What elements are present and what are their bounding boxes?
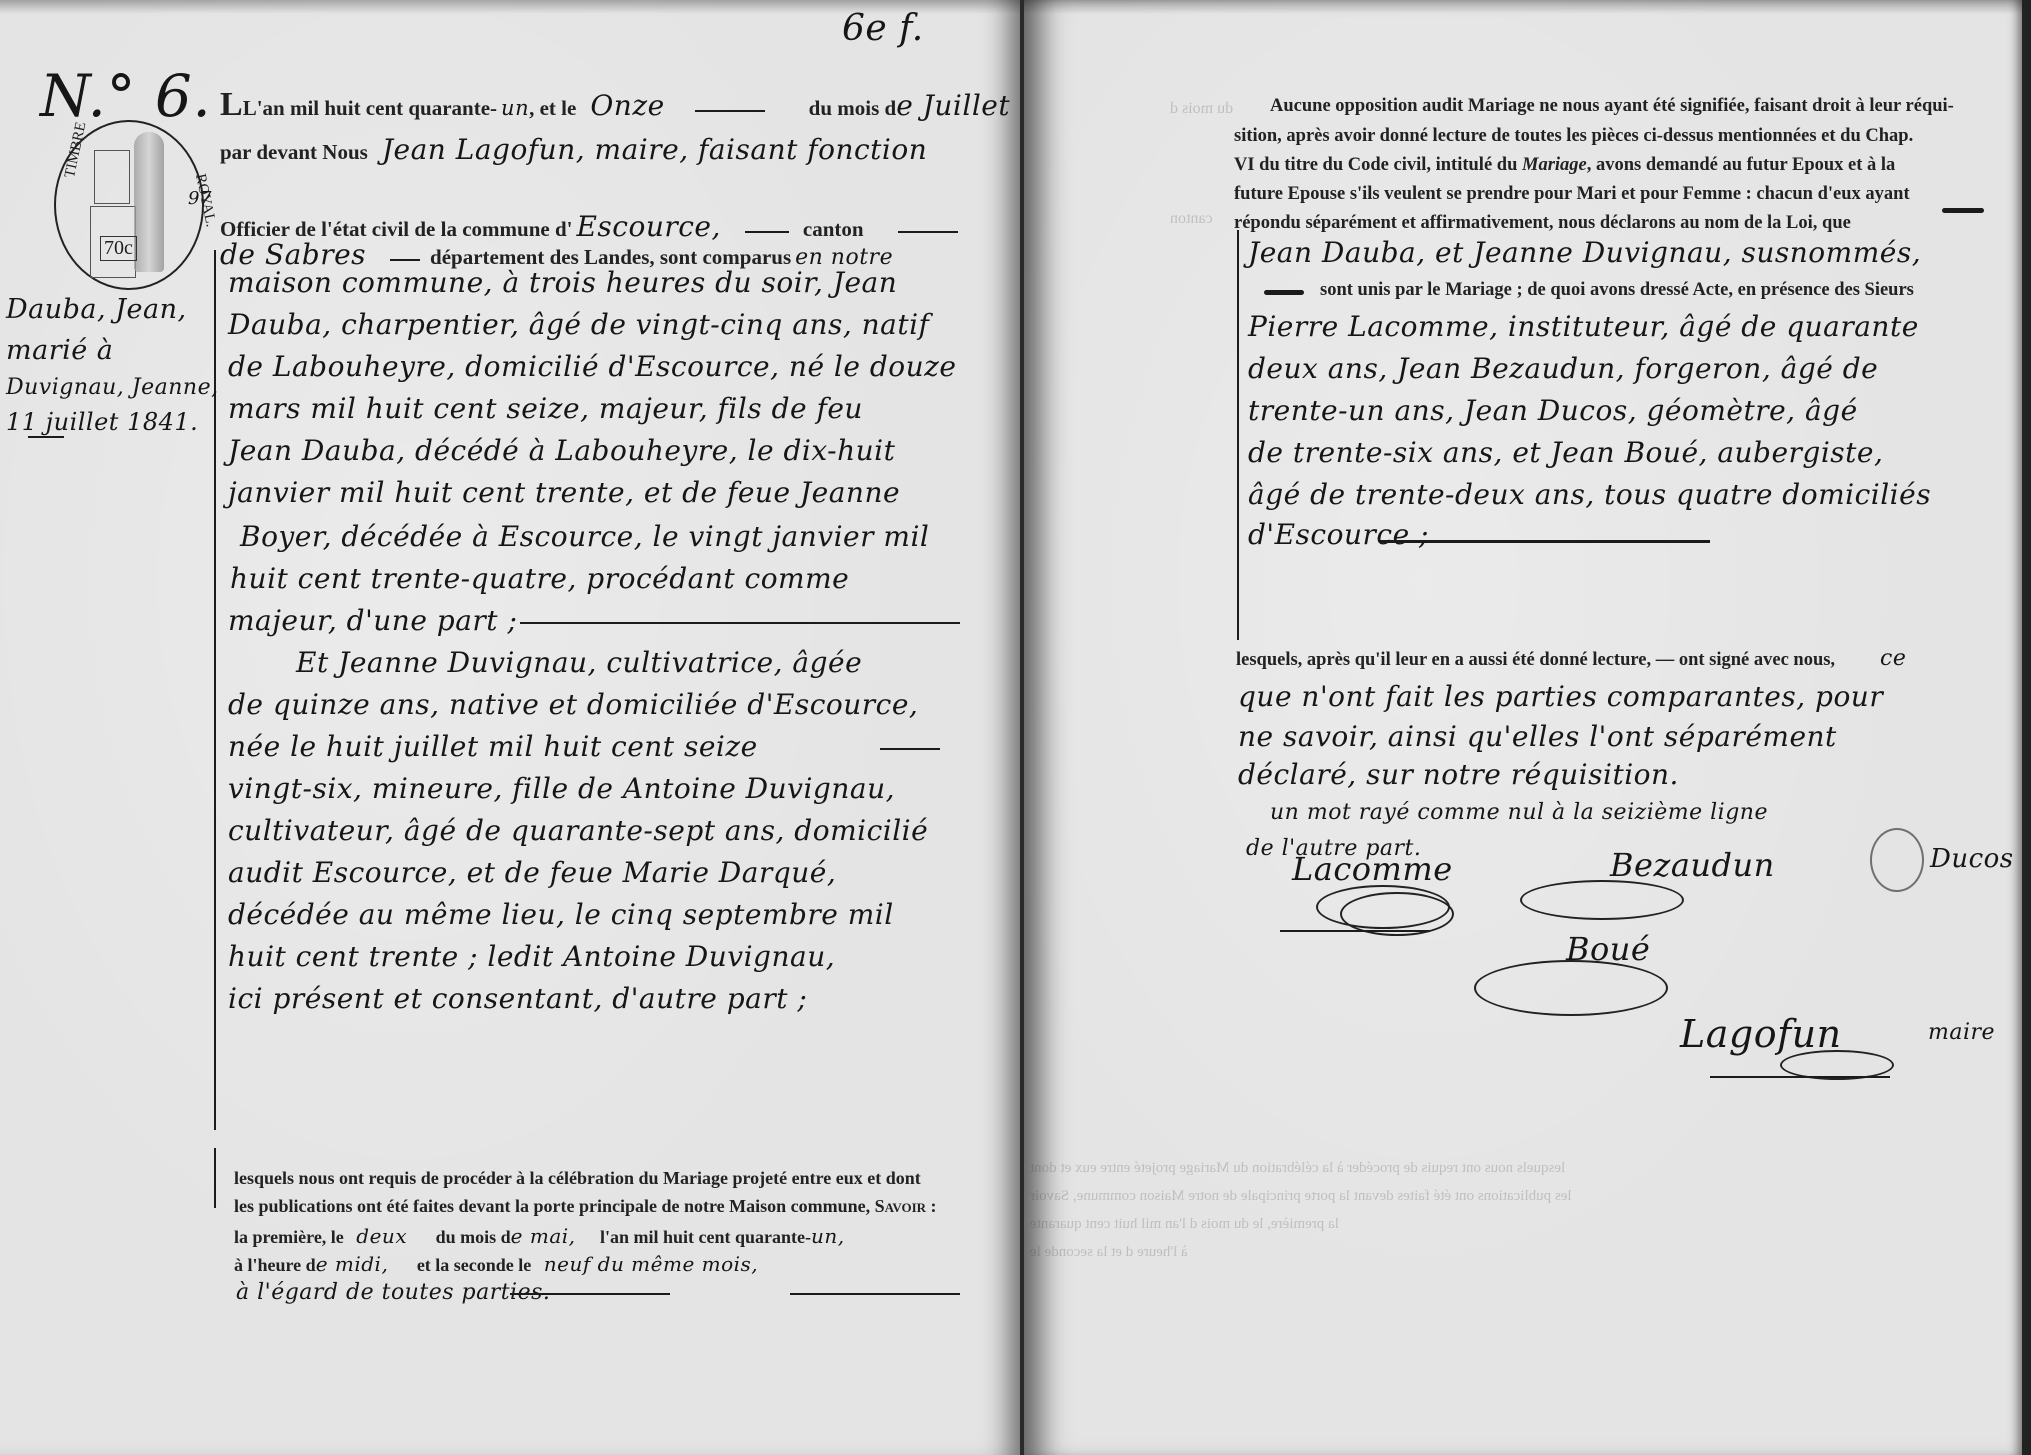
signed-hand-line: ne savoir, ainsi qu'elles l'ont séparéme… xyxy=(1238,720,1837,753)
margin-note-line: Dauba, Jean, xyxy=(6,294,187,325)
year-suffix: un xyxy=(501,96,529,120)
publications-line: à l'égard de toutes parties. xyxy=(236,1280,550,1305)
dropcap: L xyxy=(220,86,243,123)
margin-note-line: marié à xyxy=(6,335,113,366)
body-line: Et Jeanne Duvignau, cultivatrice, âgée xyxy=(296,646,862,679)
witness-line: deux ans, Jean Bezaudun, forgeron, âgé d… xyxy=(1248,352,1878,385)
witness-line: trente-un ans, Jean Ducos, géomètre, âgé xyxy=(1248,394,1858,427)
united-line: sont unis par le Mariage ; de quoi avons… xyxy=(1320,280,1914,301)
mayor-title: maire xyxy=(1928,1020,1995,1045)
publications-line: lesquels nous ont requis de procéder à l… xyxy=(234,1168,921,1189)
fill-rule xyxy=(390,259,420,261)
bleed-through-text: la première, le du mois d l'an mil huit … xyxy=(1030,1216,1339,1233)
signed-line: lesquels, après qu'il leur en a aussi ét… xyxy=(1236,650,1835,671)
month-value: e Juillet xyxy=(896,89,1010,122)
signature-lacomme: Lacomme xyxy=(1292,850,1453,888)
margin-note-line: 11 juillet 1841. xyxy=(6,408,198,436)
body-line: Boyer, décédée à Escource, le vingt janv… xyxy=(240,520,929,553)
annotation-line: un mot rayé comme nul à la seizième lign… xyxy=(1270,800,1768,825)
publications-line: les publications ont été faites devant l… xyxy=(234,1196,937,1217)
bleed-through-text: canton xyxy=(1170,210,1213,228)
fill-rule xyxy=(1264,290,1304,295)
body-line: Dauba, charpentier, âgé de vingt-cinq an… xyxy=(228,308,929,341)
witness-line: d'Escource ; xyxy=(1248,518,1429,551)
signature-ducos: Ducos xyxy=(1930,844,2014,874)
signed-hand-line: que n'ont fait les parties comparantes, … xyxy=(1238,680,1883,713)
signature-flourish xyxy=(1520,880,1684,920)
spouses-names: Jean Dauba, et Jeanne Duvignau, susnommé… xyxy=(1248,236,1921,269)
signature-flourish xyxy=(1870,828,1924,892)
header-line-2: par devant Nous Jean Lagofun, maire, fai… xyxy=(220,133,927,166)
printed-para-line: Aucune opposition audit Mariage ne nous … xyxy=(1270,96,1954,117)
signature-flourish xyxy=(1474,960,1668,1016)
publications-line: à l'heure de midi, et la seconde le neuf… xyxy=(234,1252,758,1276)
body-line: ici présent et consentant, d'autre part … xyxy=(228,982,807,1015)
witness-line: de trente-six ans, et Jean Boué, aubergi… xyxy=(1248,436,1883,469)
signature-bezaudun: Bezaudun xyxy=(1610,846,1775,884)
stamp-tablet xyxy=(94,150,130,204)
bleed-through-text: du mois d xyxy=(1170,100,1233,118)
royal-stamp-icon: TIMBRE ROYAL. 70c xyxy=(54,120,204,290)
first-publication-day: deux xyxy=(356,1224,407,1248)
body-line: de quinze ans, native et domiciliée d'Es… xyxy=(228,688,918,721)
witness-line: âgé de trente-deux ans, tous quatre domi… xyxy=(1248,478,1931,511)
body-line: maison commune, à trois heures du soir, … xyxy=(228,266,897,299)
body-line: Jean Dauba, décédé à Labouheyre, le dix-… xyxy=(228,434,895,467)
signed-hand-line: déclaré, sur notre réquisition. xyxy=(1238,758,1679,791)
body-line: vingt-six, mineure, fille de Antoine Duv… xyxy=(228,772,895,805)
register-spread: N.° 6. 6e f. TIMBRE ROYAL. 70c 97 LL'an … xyxy=(0,0,2031,1455)
stamp-figure xyxy=(134,132,164,272)
fill-rule xyxy=(1380,540,1710,543)
margin-divider xyxy=(214,1148,216,1208)
stamp-value: 70c xyxy=(100,236,137,261)
body-line: janvier mil huit cent trente, et de feue… xyxy=(228,476,900,509)
printed-para-line: sition, après avoir donné lecture de tou… xyxy=(1234,126,1913,147)
fill-rule xyxy=(590,1293,670,1295)
folio-number: 6e f. xyxy=(842,8,924,49)
day-value: Onze xyxy=(590,89,664,122)
margin-divider xyxy=(1237,230,1239,640)
body-line: cultivateur, âgé de quarante-sept ans, d… xyxy=(228,814,928,847)
signature-mayor: Lagofun xyxy=(1680,1012,1842,1056)
witness-line: Pierre Lacomme, instituteur, âgé de quar… xyxy=(1248,310,1919,343)
body-line: décédée au même lieu, le cinq septembre … xyxy=(228,898,894,931)
publication-hour: e midi, xyxy=(316,1252,389,1276)
fill-rule xyxy=(695,110,765,112)
officer-name: Jean Lagofun, maire, faisant fonction xyxy=(382,133,927,166)
stamp-handwritten-mark: 97 xyxy=(188,188,212,209)
signature-underline xyxy=(1710,1076,1890,1078)
signed-hand: ce xyxy=(1880,646,1906,671)
fill-rule xyxy=(790,1293,960,1295)
signature-underline xyxy=(1280,930,1430,932)
fill-rule xyxy=(898,231,958,233)
body-line: de Labouheyre, domicilié d'Escource, né … xyxy=(228,350,956,383)
margin-rule xyxy=(28,436,64,438)
fill-rule xyxy=(745,231,789,233)
printed-para-line: future Epouse s'ils veulent se prendre p… xyxy=(1234,184,1910,205)
header-line-1: LL'an mil huit cent quarante- un, et le … xyxy=(220,86,1010,124)
body-line: huit cent trente-quatre, procédant comme xyxy=(230,562,849,595)
second-publication: neuf du même mois, xyxy=(544,1252,758,1276)
page-edge-right xyxy=(2022,0,2031,1455)
bleed-through-text: lesquels nous ont requis de procéder à l… xyxy=(1030,1160,1565,1177)
body-line-struck: née le huit juillet mil huit cent seize xyxy=(228,730,758,763)
body-line: audit Escource, et de feue Marie Darqué, xyxy=(228,856,836,889)
fill-rule xyxy=(1942,208,1984,213)
printed-para-line: répondu séparément et affirmativement, n… xyxy=(1234,213,1851,234)
body-line: majeur, d'une part ; xyxy=(228,604,517,637)
strikethrough xyxy=(880,748,940,750)
bleed-through-text: à l'heure d et la seconde le xyxy=(1030,1244,1188,1261)
body-line: huit cent trente ; ledit Antoine Duvigna… xyxy=(228,940,835,973)
first-publication-month: e mai, xyxy=(511,1224,576,1248)
fill-rule xyxy=(520,622,960,624)
body-line: mars mil huit cent seize, majeur, fils d… xyxy=(228,392,863,425)
publications-line: la première, le deux du mois de mai, l'a… xyxy=(234,1224,845,1248)
bleed-through-text: les publications ont été faites devant l… xyxy=(1030,1188,1572,1205)
printed-para-line: VI du titre du Code civil, intitulé du M… xyxy=(1234,155,1895,176)
margin-note-line: Duvignau, Jeanne, xyxy=(6,375,219,400)
